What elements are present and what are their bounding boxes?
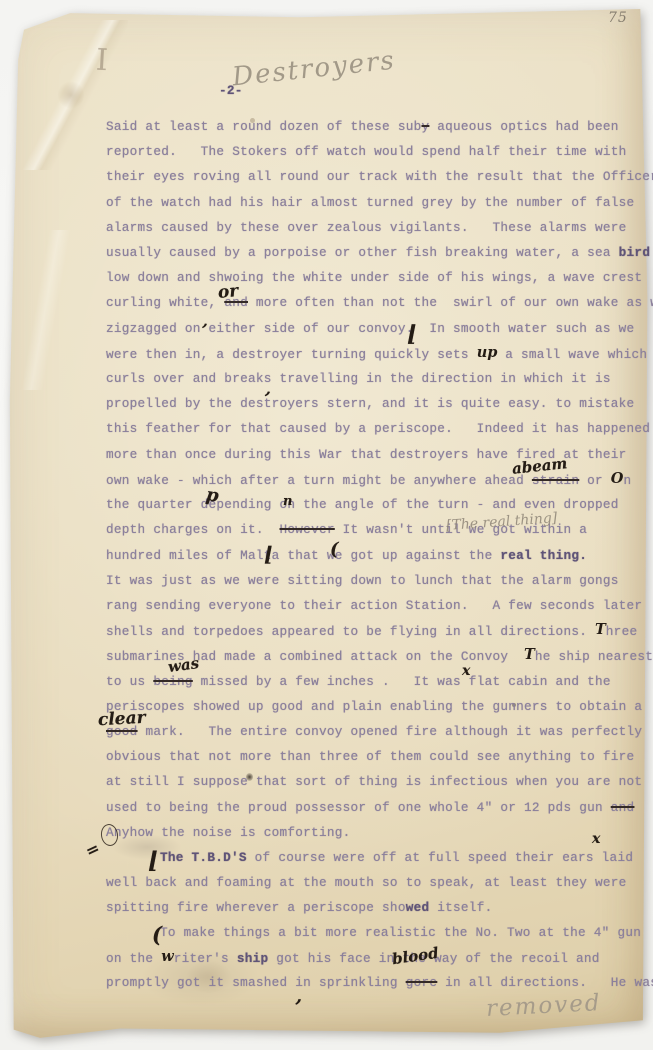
typescript-line: spitting fire wherever a periscope showe… xyxy=(106,900,492,915)
typed-text: n xyxy=(623,473,631,488)
typed-bold-text: real thing. xyxy=(500,548,587,563)
typescript-line: this feather for that caused by a perisc… xyxy=(106,421,650,436)
typed-text: reported. The Stokers off watch would sp… xyxy=(106,144,627,159)
typescript-line: usually caused by a porpoise or other fi… xyxy=(106,245,650,260)
typescript-line: good mark. The entire convoy opened fire… xyxy=(106,724,642,739)
typed-text: in all directions. He was xyxy=(437,975,653,990)
typed-text: own wake - which after a turn might be a… xyxy=(106,473,532,488)
typed-text xyxy=(508,649,524,664)
typed-text: at still I suppose that sort of thing is… xyxy=(106,774,642,789)
typescript-line: The T.B.D'S of course were off at full s… xyxy=(160,850,633,865)
annotation-letter-n-correction: n xyxy=(283,495,292,508)
typed-text: of course were off at full speed their e… xyxy=(247,850,633,865)
typescript-line: at still I suppose that sort of thing is… xyxy=(106,774,642,789)
typed-text: low down and shwoing the white under sid… xyxy=(106,270,642,285)
typed-text: the quarter depending on the angle of th… xyxy=(106,497,619,512)
typescript-line: rang sending everyone to their action St… xyxy=(106,598,642,613)
typed-text: It was just as we were sitting down to l… xyxy=(106,573,619,588)
annotation-x-below-gun: x xyxy=(592,832,600,846)
typescript-line: own wake - which after a turn might be a… xyxy=(106,472,631,488)
typed-text: obvious that not more than three of them… xyxy=(106,749,634,764)
typed-text: on the xyxy=(106,951,161,966)
typed-text: periscopes showed up good and plain enab… xyxy=(106,699,642,714)
typescript-line: the quarter depending on the angle of th… xyxy=(106,497,619,512)
struck-text: However xyxy=(280,522,335,537)
typed-text: missed by a few inches . It was flat cab… xyxy=(193,674,611,689)
page-number: 75 xyxy=(608,10,628,26)
typed-text: hree xyxy=(606,624,638,639)
annotation-x-below-convoy: x xyxy=(462,664,470,678)
typed-text: a small wave which xyxy=(497,347,647,362)
annotation-or-correction: or xyxy=(217,283,239,302)
struck-text: and xyxy=(611,800,635,815)
typed-text: curls over and breaks travelling in the … xyxy=(106,371,611,386)
typescript-line: zigzagged on either side of our convoy. … xyxy=(106,321,634,336)
handwritten-correction: T xyxy=(595,622,606,637)
typed-text: to us xyxy=(106,674,153,689)
typed-text: zigzagged on either side of our convoy. … xyxy=(106,321,634,336)
typed-text: of the watch had his hair almost turned … xyxy=(106,195,634,210)
typed-bold-text: bird xyxy=(619,245,651,260)
typed-text: Said at least a round dozen of these sub xyxy=(106,119,421,134)
typescript-line: promptly got it smashed in sprinkling go… xyxy=(106,975,653,990)
typescript-line: low down and shwoing the white under sid… xyxy=(106,270,642,285)
typed-bold-text: ship xyxy=(237,951,269,966)
typed-text: used to being the proud possessor of one… xyxy=(106,800,611,815)
typescript-line: their eyes roving all round our track wi… xyxy=(106,169,653,184)
typed-text: Anyhow the noise is comforting. xyxy=(106,825,351,840)
handwritten-correction: up xyxy=(477,345,498,360)
typed-bold-text: The T.B.D'S xyxy=(160,850,247,865)
typed-text: well back and foaming at the mouth so to… xyxy=(106,875,627,890)
annotation-pen-stroke: I xyxy=(95,46,108,77)
typed-bold-text: wed xyxy=(406,900,430,915)
typescript-line: shells and torpedoes appeared to be flyi… xyxy=(106,623,637,639)
typescript-line: used to being the proud possessor of one… xyxy=(106,800,634,815)
typed-bold-text: -2- xyxy=(219,83,243,98)
typed-text: rang sending everyone to their action St… xyxy=(106,598,642,613)
typescript-line: -2- xyxy=(219,83,243,98)
typed-text: To make things a bit more realistic the … xyxy=(160,925,641,940)
typed-text: more often than not the swirl of our own… xyxy=(248,295,653,310)
typescript-line: Anyhow the noise is comforting. xyxy=(106,825,351,840)
annotation-bracket-in-smooth: ⌊ xyxy=(407,323,417,345)
typed-text: this feather for that caused by a perisc… xyxy=(106,421,650,436)
typescript-line: It was just as we were sitting down to l… xyxy=(106,573,619,588)
typed-text: hundred miles of Malta that we got up ag… xyxy=(106,548,500,563)
typed-text: spitting fire wherever a periscope sho xyxy=(106,900,406,915)
handwritten-correction: w xyxy=(161,949,173,964)
typed-text: riter's xyxy=(174,951,237,966)
struck-text: strain xyxy=(532,473,579,488)
typescript-line: propelled by the destroyers stern, and i… xyxy=(106,396,634,411)
typescript-line: on the writer's ship got his face in the… xyxy=(106,950,600,966)
annotation-clear-correction: clear xyxy=(98,710,146,729)
typed-text: alarms caused by these over zealous vigi… xyxy=(106,220,627,235)
typed-text: he ship nearest xyxy=(535,649,653,664)
typescript-line: To make things a bit more realistic the … xyxy=(160,925,641,940)
typed-text: depth charges on it. xyxy=(106,522,280,537)
typescript-line: reported. The Stokers off watch would sp… xyxy=(106,144,627,159)
annotation-letter-p-correction: p xyxy=(205,486,220,506)
typescript-line: obvious that not more than three of them… xyxy=(106,749,634,764)
struck-text: being xyxy=(153,674,192,689)
annotation-paren-before-it: ( xyxy=(330,541,339,559)
typed-text: promptly got it smashed in sprinkling xyxy=(106,975,406,990)
typed-text: mark. The entire convoy opened fire alth… xyxy=(138,724,643,739)
typed-text: shells and torpedoes appeared to be flyi… xyxy=(106,624,595,639)
typed-text: their eyes roving all round our track wi… xyxy=(106,169,653,184)
typescript-line: periscopes showed up good and plain enab… xyxy=(106,699,642,714)
typescript-line: of the watch had his hair almost turned … xyxy=(106,195,634,210)
annotation-paren-to-make: ( xyxy=(152,924,162,945)
typed-text: usually caused by a porpoise or other fi… xyxy=(106,245,619,260)
typed-text: propelled by the destroyers stern, and i… xyxy=(106,396,634,411)
handwritten-correction: O xyxy=(611,471,624,486)
typed-text: aqueous optics had been xyxy=(429,119,618,134)
handwritten-correction: T xyxy=(524,647,535,662)
typed-text: itself. xyxy=(429,900,492,915)
typed-text: curling white, xyxy=(106,295,224,310)
struck-text: gore xyxy=(406,975,438,990)
typescript-line: hundred miles of Malta that we got up ag… xyxy=(106,548,587,563)
typescript-line: curling white, and more often than not t… xyxy=(106,295,653,310)
typescript-line: alarms caused by these over zealous vigi… xyxy=(106,220,627,235)
annotation-bracket-however: ⌊ xyxy=(264,544,273,564)
typed-text: were then in, a destroyer turning quickl… xyxy=(106,347,477,362)
typescript-line: curls over and breaks travelling in the … xyxy=(106,371,611,386)
annotation-bracket-tbd: ⌊ xyxy=(148,849,159,872)
typescript-line: to us being missed by a few inches . It … xyxy=(106,674,611,689)
typescript-line: well back and foaming at the mouth so to… xyxy=(106,875,627,890)
annotation-was-correction: was xyxy=(167,656,200,675)
typescript-line: were then in, a destroyer turning quickl… xyxy=(106,346,647,362)
typed-text: or xyxy=(579,473,611,488)
typescript-line: Said at least a round dozen of these sub… xyxy=(106,119,619,134)
